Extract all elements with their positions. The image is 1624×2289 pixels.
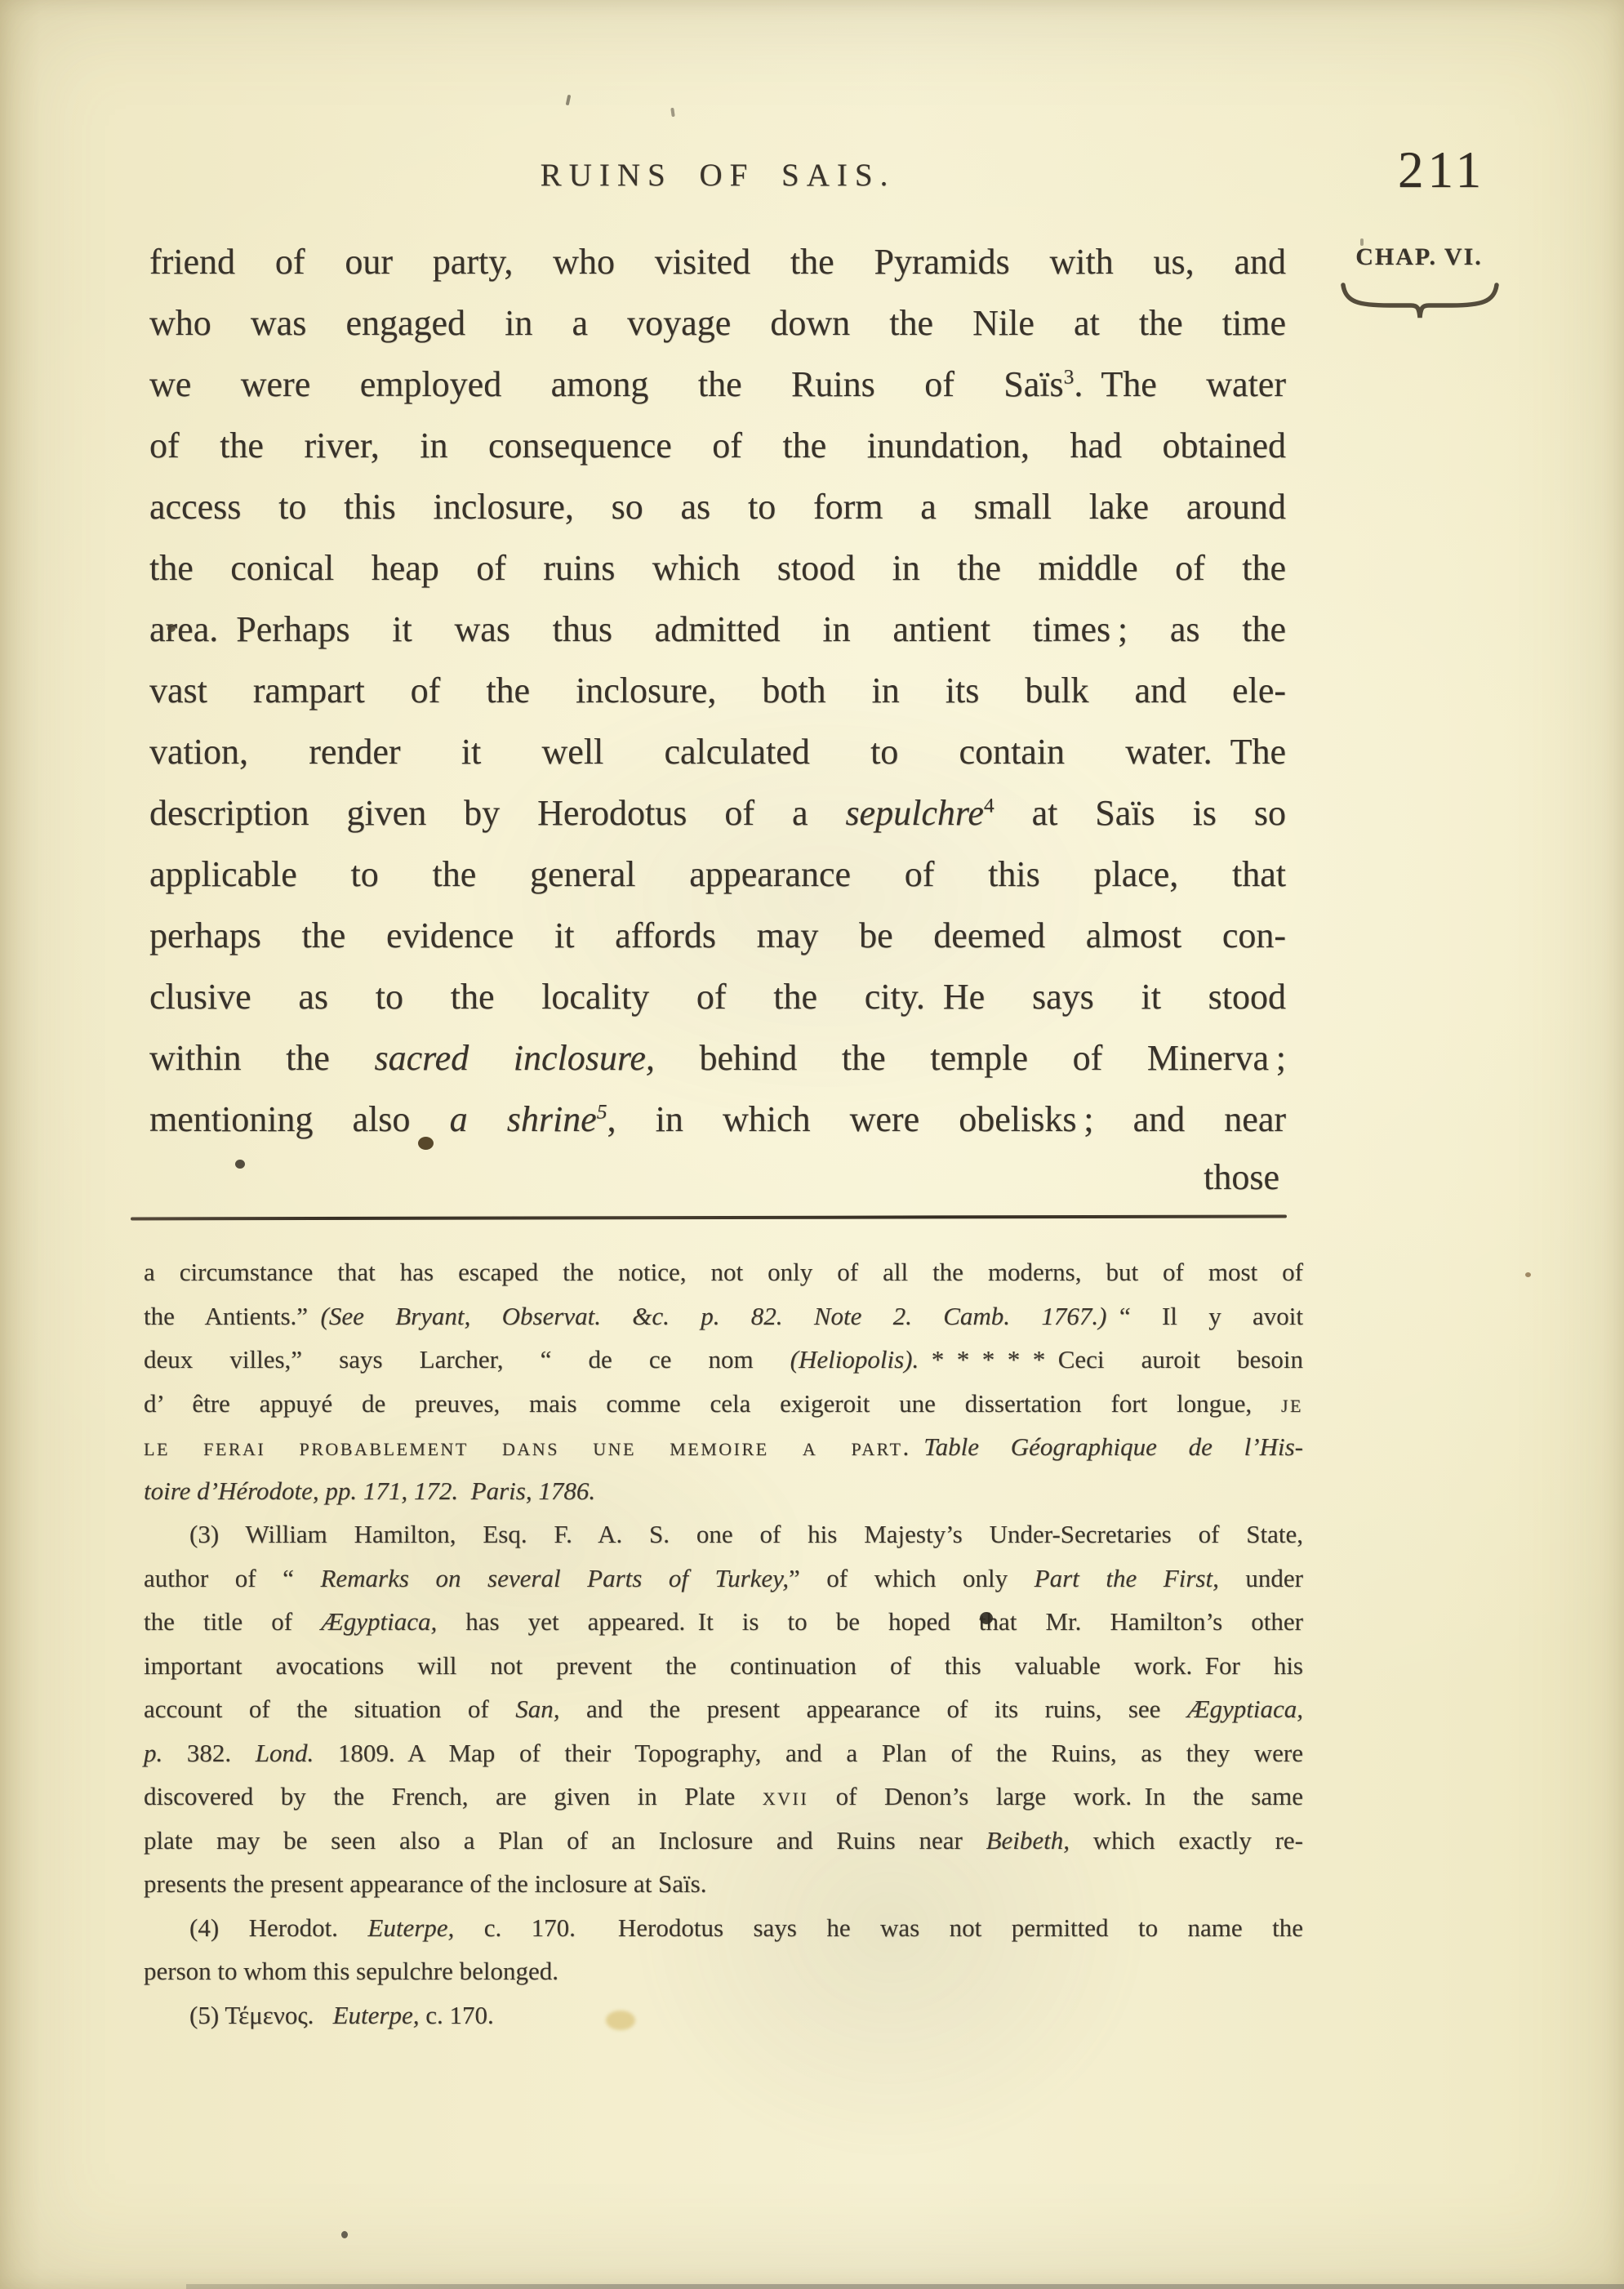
ink-speck xyxy=(1360,238,1364,246)
text-line: deux villes,” says Larcher, “ de ce nom … xyxy=(144,1338,1303,1382)
ink-speck xyxy=(235,1160,245,1169)
text-line: author of “ Remarks on several Parts of … xyxy=(144,1556,1303,1601)
text-line: description given by Herodotus of a sepu… xyxy=(149,782,1286,844)
ink-blot xyxy=(980,1612,993,1624)
catchword: those xyxy=(149,1156,1279,1198)
text-line: we were employed among the Ruins of Saïs… xyxy=(149,354,1286,415)
text-line: the Antients.” (See Bryant, Observat. &c… xyxy=(144,1294,1303,1338)
text-line: the conical heap of ruins which stood in… xyxy=(149,537,1286,599)
text-line: d’ être appuyé de preuves, mais comme ce… xyxy=(144,1382,1303,1426)
footnotes: a circumstance that has escaped the noti… xyxy=(144,1250,1303,2037)
text-line: the title of Ægyptiaca, has yet appeared… xyxy=(144,1600,1303,1644)
text-line: mentioning also a shrine5, in which were… xyxy=(149,1089,1286,1150)
text-line: clusive as to the locality of the city. … xyxy=(149,966,1286,1027)
text-line: (4) Herodot. Euterpe, c. 170. Herodotus … xyxy=(144,1906,1303,1950)
text-line: who was engaged in a voyage down the Nil… xyxy=(149,292,1286,354)
page-number: 211 xyxy=(1398,140,1485,200)
text-line: presents the present appearance of the i… xyxy=(144,1862,1303,1906)
text-line: (5) Τέμενος. Euterpe, c. 170. xyxy=(144,1993,1303,2037)
book-page-scan: RUINS OF SAIS. 211 CHAP. VI. friend of o… xyxy=(0,0,1624,2289)
text-line: of the river, in consequence of the inun… xyxy=(149,415,1286,476)
text-line: le ferai probablement dans une memoire a… xyxy=(144,1425,1303,1469)
main-text: friend of our party, who visited the Pyr… xyxy=(149,231,1286,1150)
text-line: account of the situation of San, and the… xyxy=(144,1687,1303,1731)
text-line: applicable to the general appearance of … xyxy=(149,844,1286,905)
ink-speck xyxy=(167,624,176,632)
text-line: access to this inclosure, so as to form … xyxy=(149,476,1286,537)
scan-bottom-edge xyxy=(186,2284,1624,2289)
text-line: perhaps the evidence it affords may be d… xyxy=(149,905,1286,966)
text-line: discovered by the French, are given in P… xyxy=(144,1775,1303,1819)
text-line: toire d’Hérodote, pp. 171, 172. Paris, 1… xyxy=(144,1469,1303,1513)
text-line: area. Perhaps it was thus admitted in an… xyxy=(149,599,1286,660)
text-line: person to whom this sepulchre belonged. xyxy=(144,1949,1303,1993)
foxing-stain xyxy=(606,2011,635,2030)
text-line: a circumstance that has escaped the noti… xyxy=(144,1250,1303,1294)
text-line: vast rampart of the inclosure, both in i… xyxy=(149,660,1286,721)
text-line: p. 382. Lond. 1809. A Map of their Topog… xyxy=(144,1731,1303,1775)
footnote-rule xyxy=(131,1215,1287,1221)
text-line: (3) William Hamilton, Esq. F. A. S. one … xyxy=(144,1512,1303,1556)
ink-speck xyxy=(341,2231,348,2238)
running-title: RUINS OF SAIS. xyxy=(149,157,1286,194)
text-line: plate may be seen also a Plan of an Incl… xyxy=(144,1819,1303,1863)
ink-speck xyxy=(670,108,674,117)
text-line: vation, render it well calculated to con… xyxy=(149,721,1286,782)
underbrace-ornament xyxy=(1339,279,1501,322)
text-line: within the sacred inclosure, behind the … xyxy=(149,1027,1286,1089)
chapter-margin-note: CHAP. VI. xyxy=(1346,243,1493,271)
text-line: friend of our party, who visited the Pyr… xyxy=(149,231,1286,292)
text-line: important avocations will not prevent th… xyxy=(144,1644,1303,1688)
ink-speck xyxy=(1525,1272,1531,1277)
ink-speck xyxy=(566,95,572,106)
ink-blot xyxy=(418,1137,434,1150)
